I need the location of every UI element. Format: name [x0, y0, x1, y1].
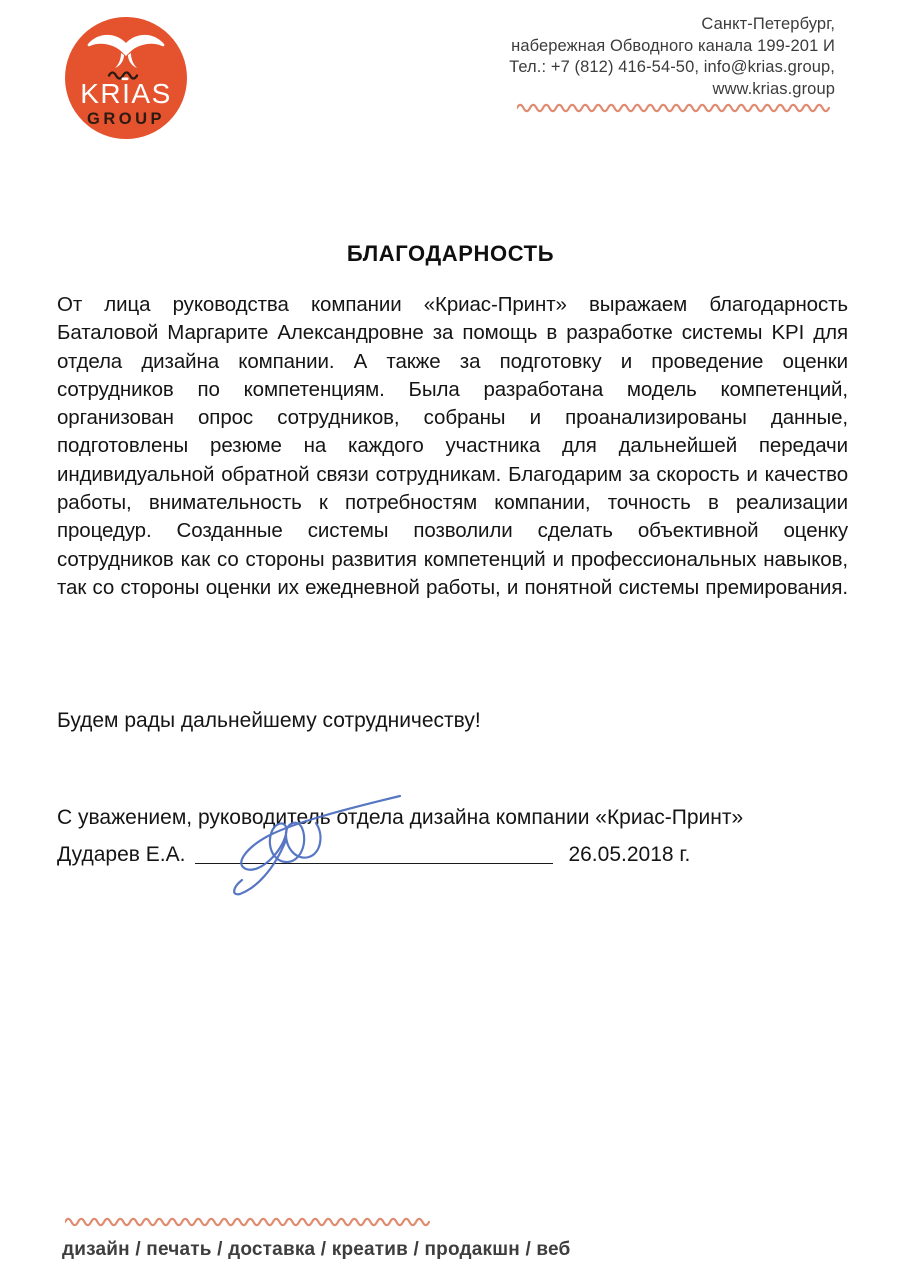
body-line: сотрудников по компетенциям. Была разраб… [57, 378, 848, 406]
krias-group-logo: KRIAS GROUP [65, 17, 187, 139]
letter-body: От лица руководства компании «Криас-Прин… [57, 293, 848, 604]
contact-website: www.krias.group [509, 79, 835, 101]
body-line: работы, внимательность к потребностям ко… [57, 491, 848, 519]
closing-line: Будем рады дальнейшему сотрудничеству! [57, 709, 481, 733]
body-line: Баталовой Маргарите Александровне за пом… [57, 321, 848, 349]
body-line: сотрудников как со стороны развития комп… [57, 548, 848, 576]
letter-page: KRIAS GROUP Санкт-Петербург, набережная … [0, 0, 901, 1280]
brand-text: KRIAS [80, 78, 172, 109]
wavy-divider-bottom [65, 1215, 433, 1229]
body-line: процедур. Созданные системы позволили сд… [57, 519, 848, 547]
brand-subtext: GROUP [87, 110, 165, 128]
letter-title: БЛАГОДАРНОСТЬ [0, 241, 901, 267]
contact-phone-email: Тел.: +7 (812) 416-54-50, info@krias.gro… [509, 57, 835, 79]
contact-block: Санкт-Петербург, набережная Обводного ка… [509, 14, 835, 100]
wavy-divider-top [517, 101, 832, 115]
body-line: отдела дизайна компании. А также за подг… [57, 350, 848, 378]
handwritten-signature-icon [200, 778, 410, 898]
body-line: организован опрос сотрудников, собраны и… [57, 406, 848, 434]
contact-address: набережная Обводного канала 199-201 И [509, 36, 835, 58]
body-line: индивидуальной обратной связи сотрудника… [57, 463, 848, 491]
contact-city: Санкт-Петербург, [509, 14, 835, 36]
brand-i-accent [122, 78, 129, 81]
services-line: дизайн / печать / доставка / креатив / п… [62, 1239, 571, 1261]
body-line: От лица руководства компании «Криас-Прин… [57, 293, 848, 321]
body-line: так со стороны оценки их ежедневной рабо… [57, 576, 848, 604]
signer-name: Дударев Е.А. [57, 843, 185, 866]
date-text: 26.05.2018 г. [568, 843, 690, 866]
body-line: подготовлены резюме на каждого участника… [57, 434, 848, 462]
